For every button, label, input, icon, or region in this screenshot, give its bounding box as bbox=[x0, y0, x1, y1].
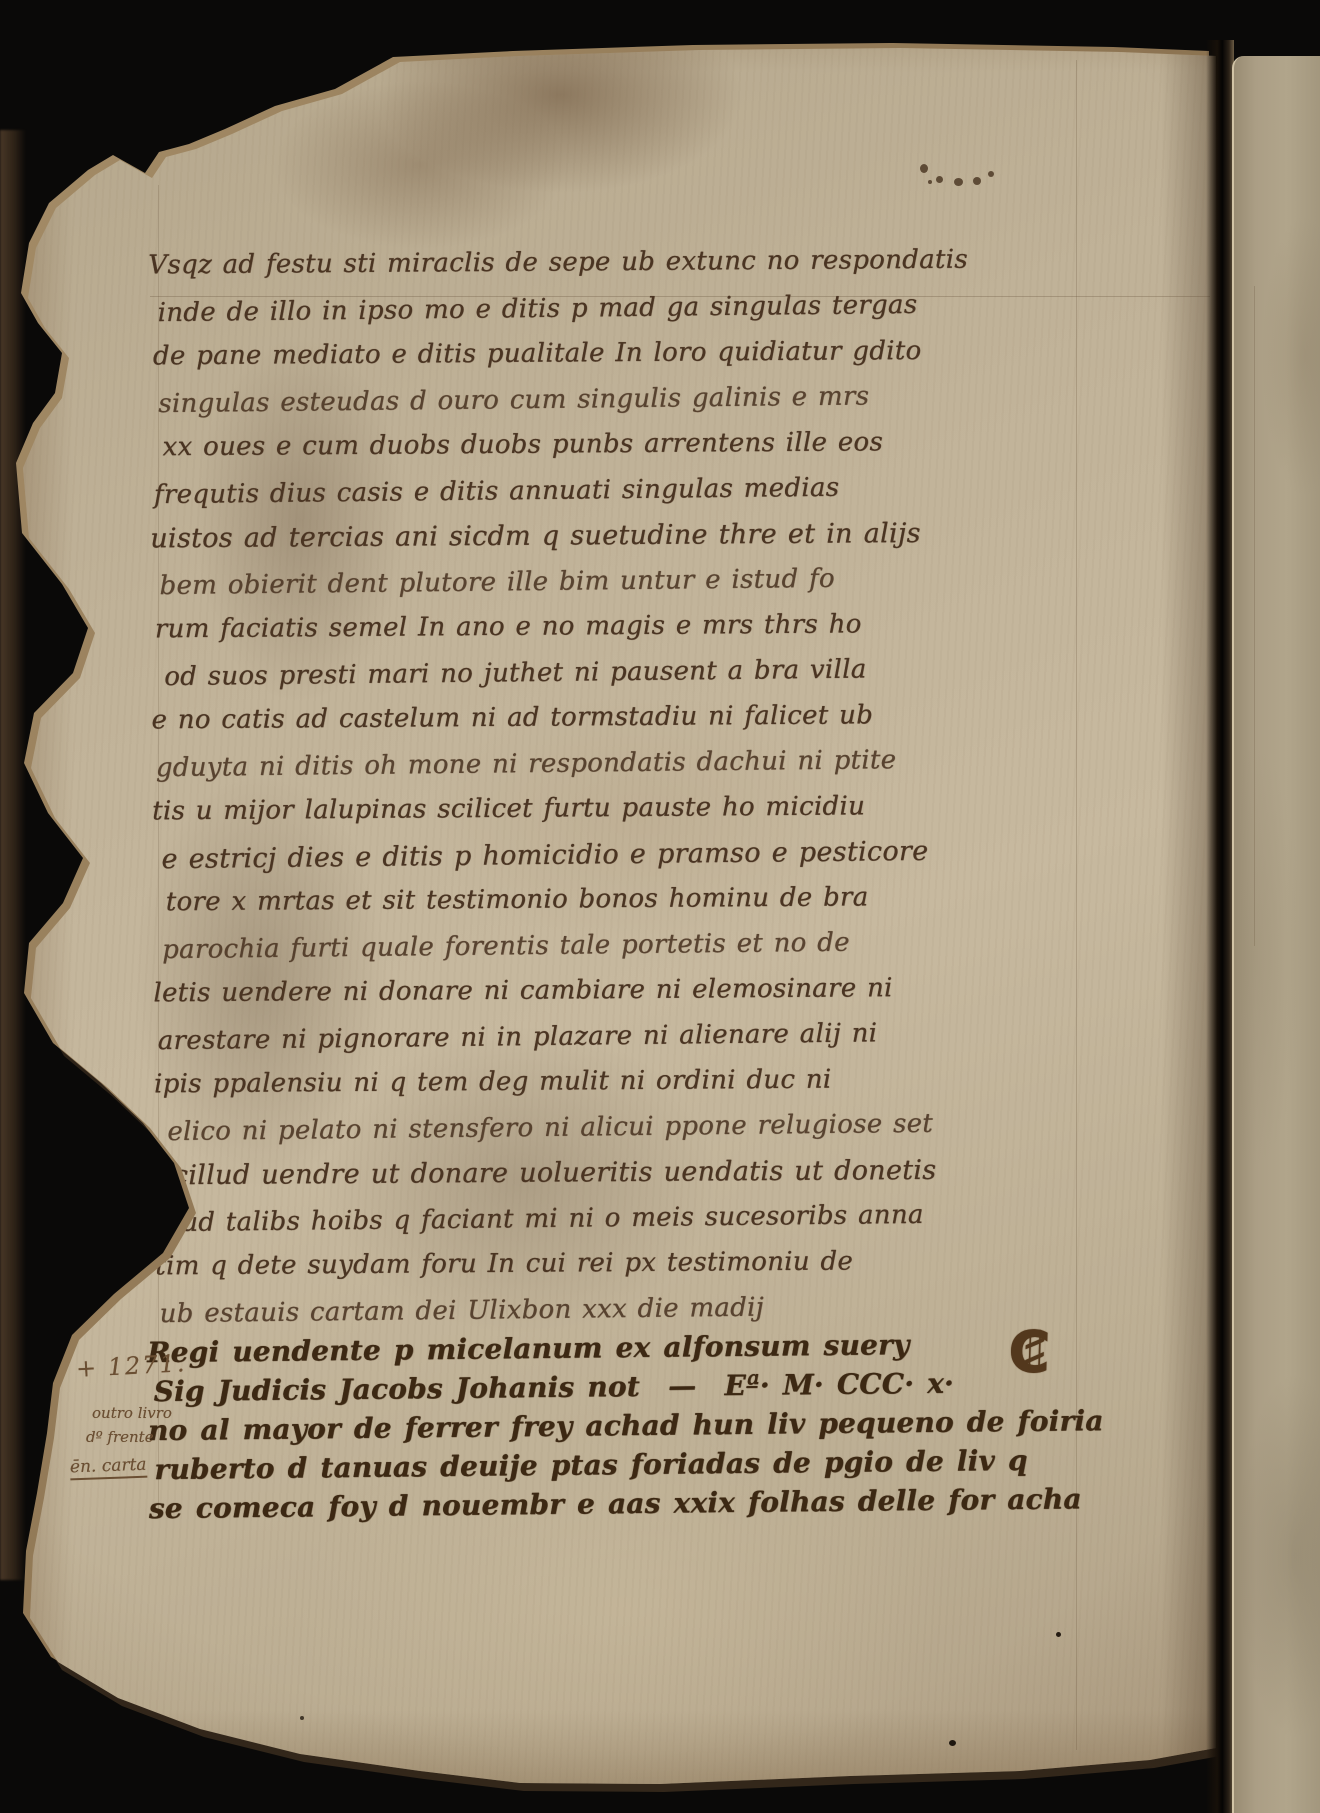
marginal-date-1271: + 1271. bbox=[75, 1349, 187, 1383]
underlying-page-edge bbox=[0, 130, 26, 1580]
manuscript-line: e no catis ad castelum ni ad tormstadiu … bbox=[151, 692, 1111, 744]
next-folio-ruling bbox=[1254, 286, 1255, 946]
manuscript-line: ilud talibs hoibs q faciant mi ni o meis… bbox=[164, 1190, 1115, 1246]
manuscript-line: od suos presti mari no juthet ni pausent… bbox=[164, 644, 1111, 700]
manuscript-line: rum faciatis semel In ano e no magis e m… bbox=[155, 601, 1111, 653]
manuscript-page: Vsqz ad festu sti miraclis de sepe ub ex… bbox=[0, 0, 1222, 1800]
ink-dot bbox=[928, 180, 932, 184]
ink-dot bbox=[920, 164, 928, 173]
notarial-flourish: C♯ bbox=[1007, 1317, 1054, 1387]
ink-dots bbox=[918, 158, 1014, 198]
manuscript-line: bem obierit dent plutore ille bim untur … bbox=[159, 553, 1110, 609]
manuscript-line: tore x mrtas et sit testimonio bonos hom… bbox=[166, 874, 1113, 926]
ink-dot bbox=[988, 171, 994, 177]
manuscript-scan: Vsqz ad festu sti miraclis de sepe ub ex… bbox=[0, 0, 1320, 1813]
manuscript-line: Vsqz ad festu sti miraclis de sepe ub ex… bbox=[148, 237, 1108, 289]
marginal-note-underlined: ēn. carta bbox=[70, 1455, 147, 1481]
manuscript-line: e estricj dies e ditis p homicidio e pra… bbox=[161, 826, 1112, 882]
manuscript-line: inde de illo in ipso mo e ditis p mad ga… bbox=[157, 280, 1108, 336]
marginal-note-line: outro livro bbox=[92, 1404, 172, 1422]
ink-speck bbox=[1056, 1632, 1061, 1637]
next-folio-edge bbox=[1232, 56, 1320, 1813]
manuscript-line: singulas esteudas d ouro cum singulis ga… bbox=[158, 371, 1109, 427]
manuscript-line: frequtis dius casis e ditis annuati sing… bbox=[154, 462, 1110, 518]
ink-speck bbox=[300, 1716, 304, 1720]
manuscript-line: gduyta ni ditis oh mone ni respondatis d… bbox=[156, 735, 1112, 791]
marginal-note-line: dº frente bbox=[86, 1428, 154, 1446]
manuscript-line: ipis ppalensiu ni q tem deg mulit ni ord… bbox=[154, 1056, 1114, 1108]
manuscript-line: arestare ni pignorare ni in plazare ni a… bbox=[158, 1008, 1114, 1064]
manuscript-line: letis uendere ni donare ni cambiare ni e… bbox=[153, 965, 1113, 1017]
ink-dot bbox=[954, 178, 963, 186]
ink-speck bbox=[124, 1724, 127, 1727]
ink-speck bbox=[949, 1740, 956, 1746]
manuscript-line: de pane mediato e ditis pualitale In lor… bbox=[153, 328, 1109, 380]
manuscript-line: tim q dete suydam foru In cui rei px tes… bbox=[155, 1238, 1115, 1290]
manuscript-line: elico ni pelato ni stensfero ni alicui p… bbox=[167, 1099, 1114, 1155]
gutter-shadow bbox=[1206, 40, 1234, 1813]
manuscript-line: uistos ad tercias ani sicdm q suetudine … bbox=[150, 510, 1110, 562]
manuscript-line: parochia furti quale forentis tale porte… bbox=[162, 917, 1113, 973]
manuscript-line: tis u mijor lalupinas scilicet furtu pau… bbox=[152, 783, 1112, 835]
ink-dot bbox=[973, 177, 981, 185]
manuscript-line: scillud uendre ut donare uolueritis uend… bbox=[159, 1147, 1115, 1199]
closing-note-block: Regi uendente p micelanum ex alfonsum su… bbox=[147, 1323, 1129, 1528]
ink-dot bbox=[936, 176, 943, 183]
manuscript-line: xx oues e cum duobs duobs punbs arrenten… bbox=[162, 419, 1109, 471]
main-text-block: Vsqz ad festu sti miraclis de sepe ub ex… bbox=[148, 237, 1116, 1336]
